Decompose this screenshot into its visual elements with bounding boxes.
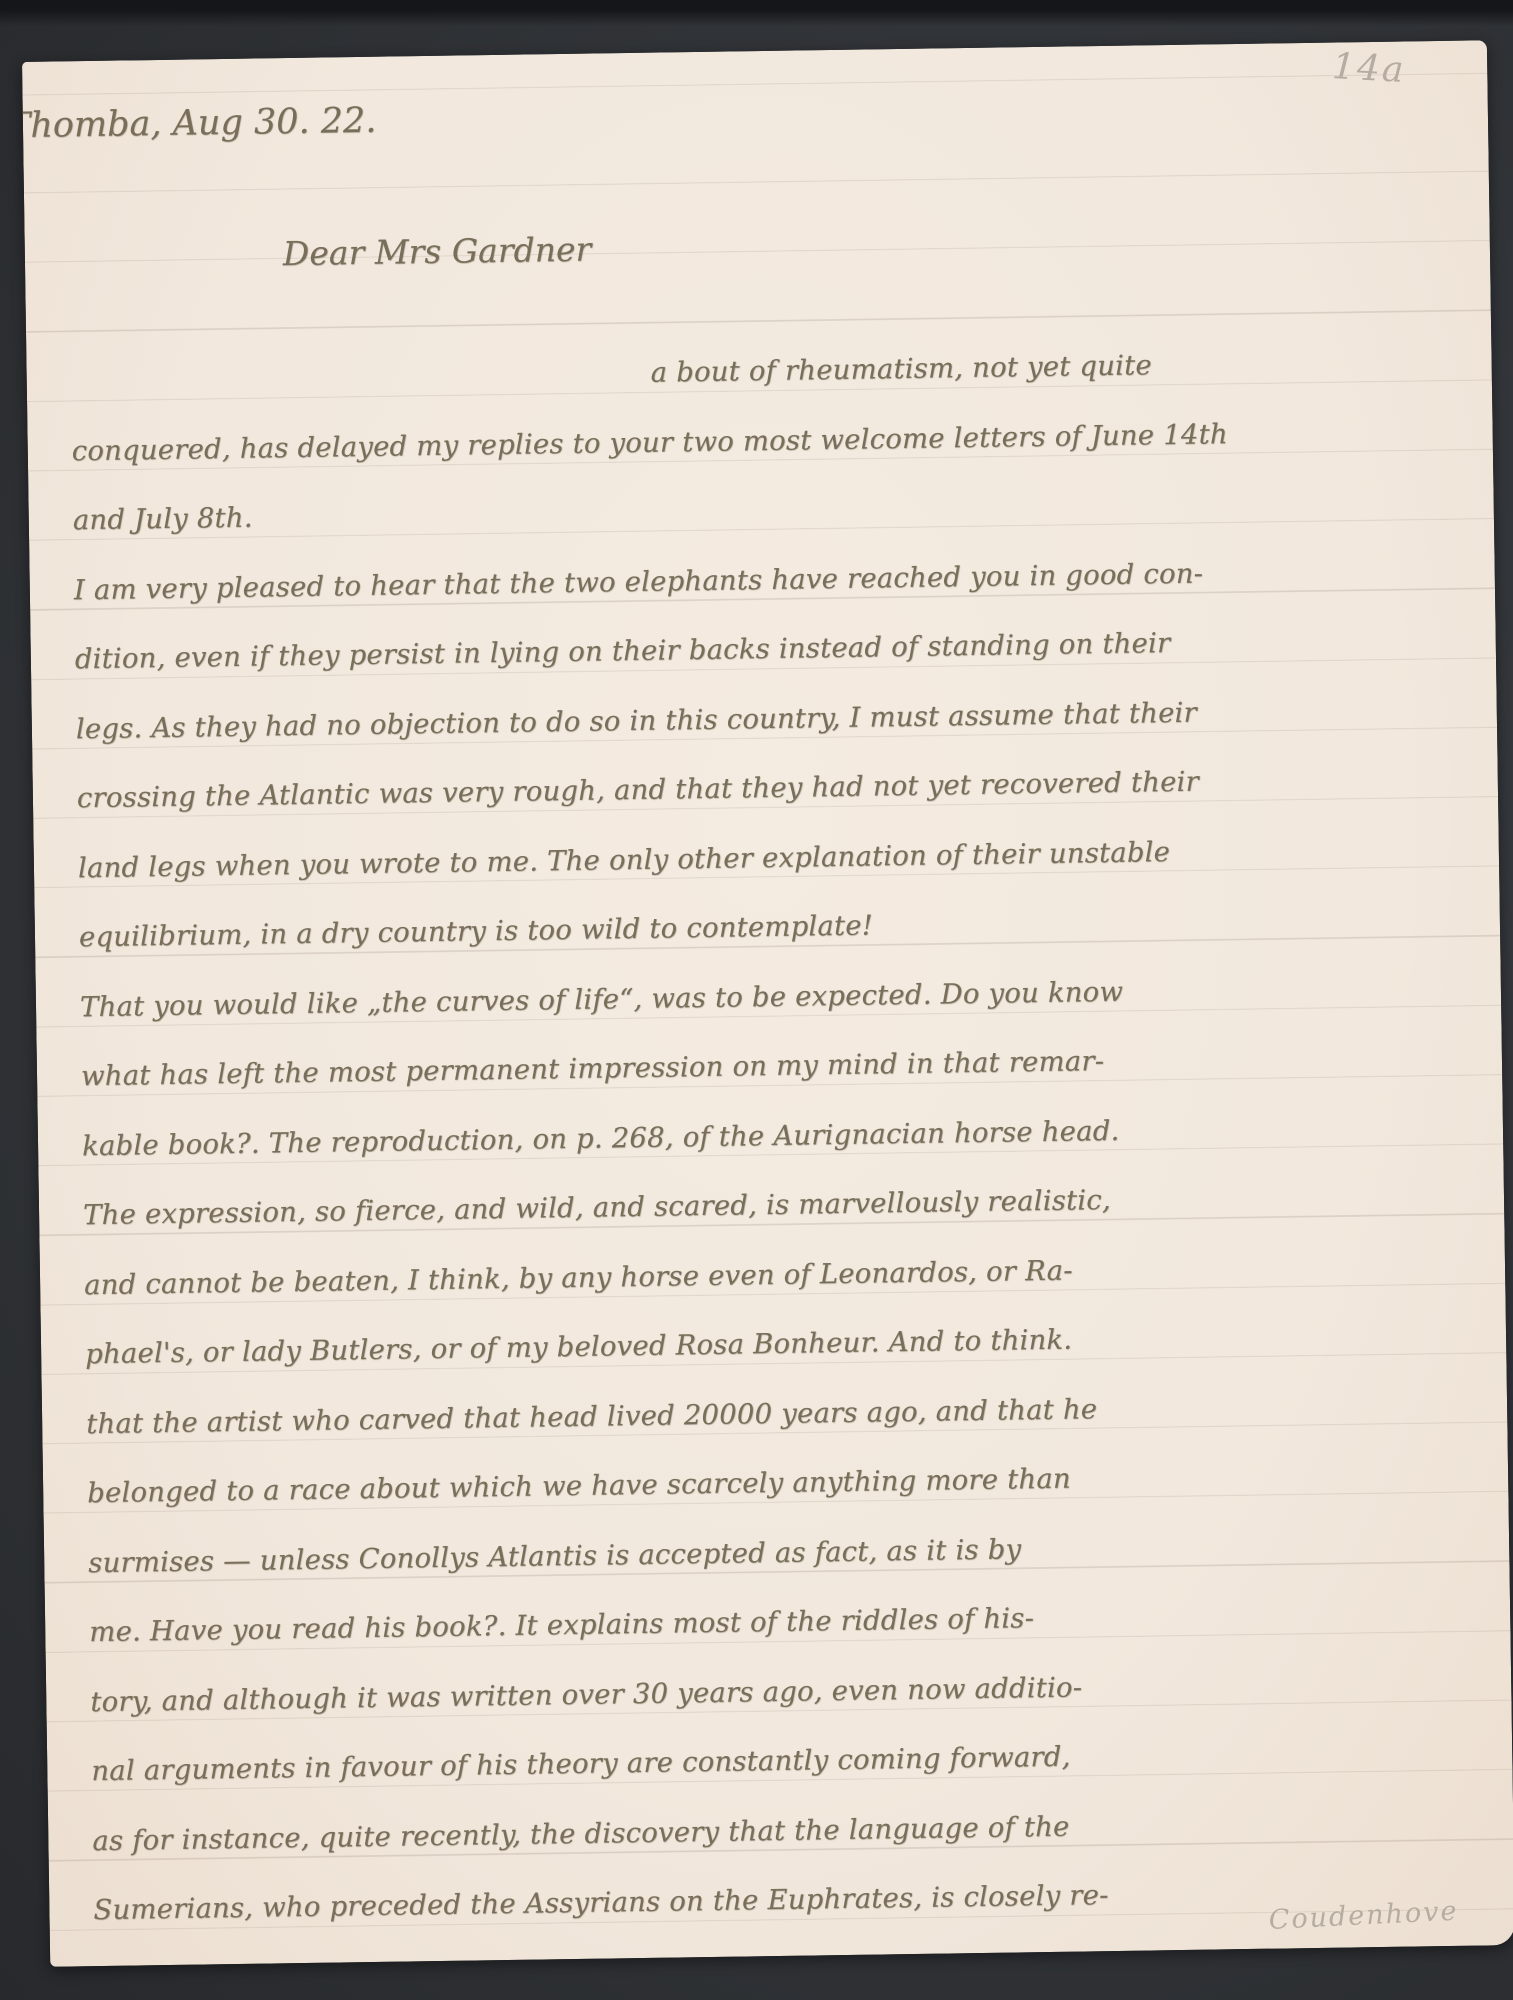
letter-salutation: Dear Mrs Gardner	[283, 230, 592, 274]
archivist-writer-name: Coudenhove	[1268, 1896, 1459, 1936]
letter-dateline: Thomba, Aug 30. 22.	[22, 101, 377, 146]
letter-body: a bout of rheumatism, not yet quite conq…	[70, 331, 1194, 1946]
archival-folio-number: 14a	[1331, 46, 1406, 91]
letter-body-line: Sumerians, who preceded the Assyrians on…	[93, 1860, 1194, 1946]
letter-page: Thomba, Aug 30. 22. 14a Dear Mrs Gardner…	[22, 40, 1513, 1967]
